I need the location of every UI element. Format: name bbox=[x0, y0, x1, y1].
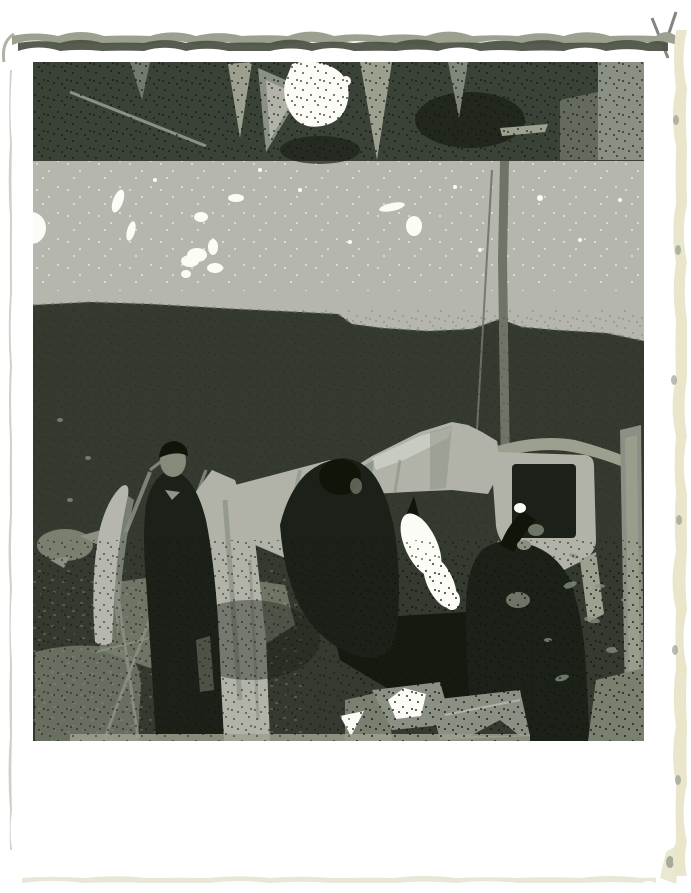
sky-speckle bbox=[33, 161, 644, 291]
sky-fleck bbox=[618, 198, 622, 202]
deckle-edge-dot bbox=[672, 645, 678, 655]
sky-fleck bbox=[228, 194, 244, 202]
sky-fleck bbox=[578, 238, 582, 242]
deckle-bottom-cream bbox=[22, 876, 656, 883]
deckle-edge-dot bbox=[675, 775, 681, 785]
deckle-edge-dot bbox=[673, 115, 679, 125]
sky-fleck bbox=[298, 188, 302, 192]
photo-image bbox=[16, 61, 644, 741]
sky-fleck bbox=[208, 239, 218, 255]
sky-fleck bbox=[153, 178, 157, 182]
foliage-fleck bbox=[57, 418, 63, 422]
sky-fleck bbox=[478, 248, 482, 252]
deckle-right-cream bbox=[673, 30, 687, 876]
foliage-fleck bbox=[67, 498, 73, 502]
sky-notch bbox=[16, 212, 46, 244]
sky-fleck bbox=[406, 216, 422, 236]
vintage-photograph bbox=[0, 0, 691, 893]
deckle-edge-dot bbox=[676, 515, 682, 525]
window-white-dot bbox=[514, 503, 526, 513]
sky-fleck bbox=[194, 212, 208, 222]
deckle-left-marks bbox=[9, 70, 12, 850]
center-figure-face bbox=[350, 478, 362, 494]
sky-fleck bbox=[348, 240, 352, 244]
sky-fleck bbox=[187, 248, 207, 262]
deckle-corner-speck bbox=[666, 856, 674, 868]
canopy-speckle bbox=[33, 62, 644, 161]
deckle-edge-dot bbox=[671, 375, 677, 385]
foreground-speckle-dense bbox=[350, 560, 644, 741]
sky-fleck bbox=[537, 195, 543, 201]
sky-fleck bbox=[181, 270, 191, 278]
right-figure-hand bbox=[528, 524, 544, 536]
sky-fleck bbox=[258, 168, 262, 172]
sky-fleck bbox=[453, 185, 457, 189]
sky-fleck bbox=[207, 263, 223, 273]
deckle-edge-dot bbox=[675, 245, 681, 255]
foliage-fleck bbox=[85, 456, 91, 460]
